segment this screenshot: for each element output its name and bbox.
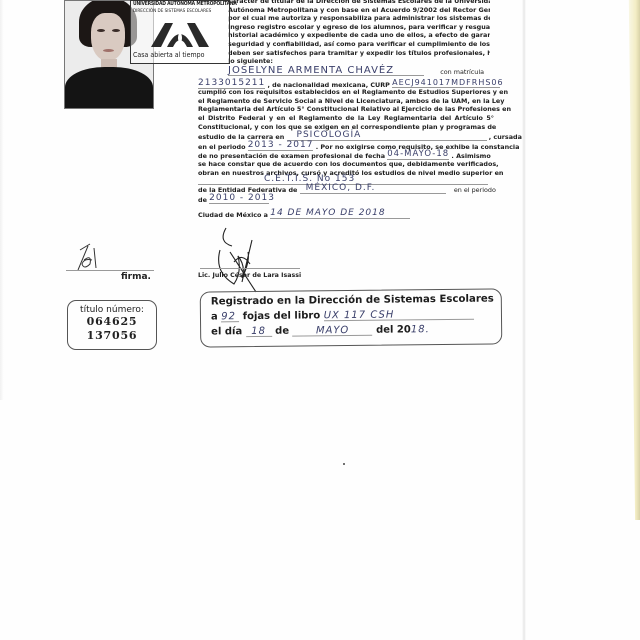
student-name-row: JOSELYNE ARMENTA CHAVÉZ con matrícula bbox=[228, 66, 484, 76]
director-name: Lic. Julio César de Lara Isassi bbox=[198, 272, 301, 279]
uam-logo-icon bbox=[149, 19, 211, 49]
examen-fecha-value: 04-MAYO-18 bbox=[387, 150, 449, 160]
scan-speck bbox=[343, 463, 345, 465]
registro-box: Registrado en la Dirección de Sistemas E… bbox=[200, 288, 503, 347]
intro-paragraph: carácter de titular de la Dirección de S… bbox=[228, 0, 490, 66]
registro-fojas-row: a 92 fojas del libro UX 117 CSH bbox=[211, 309, 474, 323]
student-name: JOSELYNE ARMENTA CHAVÉZ bbox=[228, 66, 424, 76]
curp-value: AECJ941017MDFRHS06 bbox=[392, 78, 500, 88]
director-signature-icon bbox=[212, 222, 272, 294]
mes-value: MAYO bbox=[293, 326, 373, 337]
scan-shadow bbox=[0, 0, 4, 400]
periodo-medio-value: 2010 - 2013 bbox=[209, 194, 269, 204]
titulo-numero-box: título número: 064625 137056 bbox=[67, 300, 157, 350]
paper-fold-line bbox=[522, 0, 526, 640]
legal-paragraph: cumplió con los requisitos establecidos … bbox=[198, 88, 494, 132]
firma-label: firma. bbox=[121, 272, 151, 282]
fojas-value: 92 bbox=[221, 312, 239, 322]
titulo-number-2: 137056 bbox=[68, 329, 156, 343]
lugar-fecha-row: Ciudad de México a 14 DE MAYO DE 2018 bbox=[198, 209, 410, 219]
fecha-expedicion-value: 14 DE MAYO DE 2018 bbox=[270, 209, 410, 219]
student-signature-line bbox=[66, 270, 154, 271]
registro-fecha-row: el día 18 de MAYO del 2018. bbox=[211, 324, 430, 337]
director-signature-line bbox=[200, 268, 300, 269]
examen-row: de no presentación de examen profesional… bbox=[198, 150, 491, 160]
student-signature-icon bbox=[74, 240, 104, 274]
carrera-value: PSICOLOGÍA bbox=[287, 131, 487, 141]
dia-value: 18 bbox=[246, 327, 272, 337]
scanned-document-page: carácter de titular de la Dirección de S… bbox=[0, 0, 640, 640]
uam-stamp: UNIVERSIDAD AUTÓNOMA METROPOLITANA DIREC… bbox=[130, 0, 230, 64]
carrera-row: estudio de la carrera en PSICOLOGÍA , cu… bbox=[198, 131, 522, 141]
libro-value: UX 117 CSH bbox=[324, 310, 474, 322]
paper-edge bbox=[626, 0, 640, 520]
periodo-medio-row: de 2010 - 2013 bbox=[198, 194, 269, 204]
entidad-value: MÉXICO, D.F. bbox=[300, 184, 446, 194]
titulo-number-1: 064625 bbox=[68, 315, 156, 329]
anio-value: 18. bbox=[411, 325, 430, 334]
